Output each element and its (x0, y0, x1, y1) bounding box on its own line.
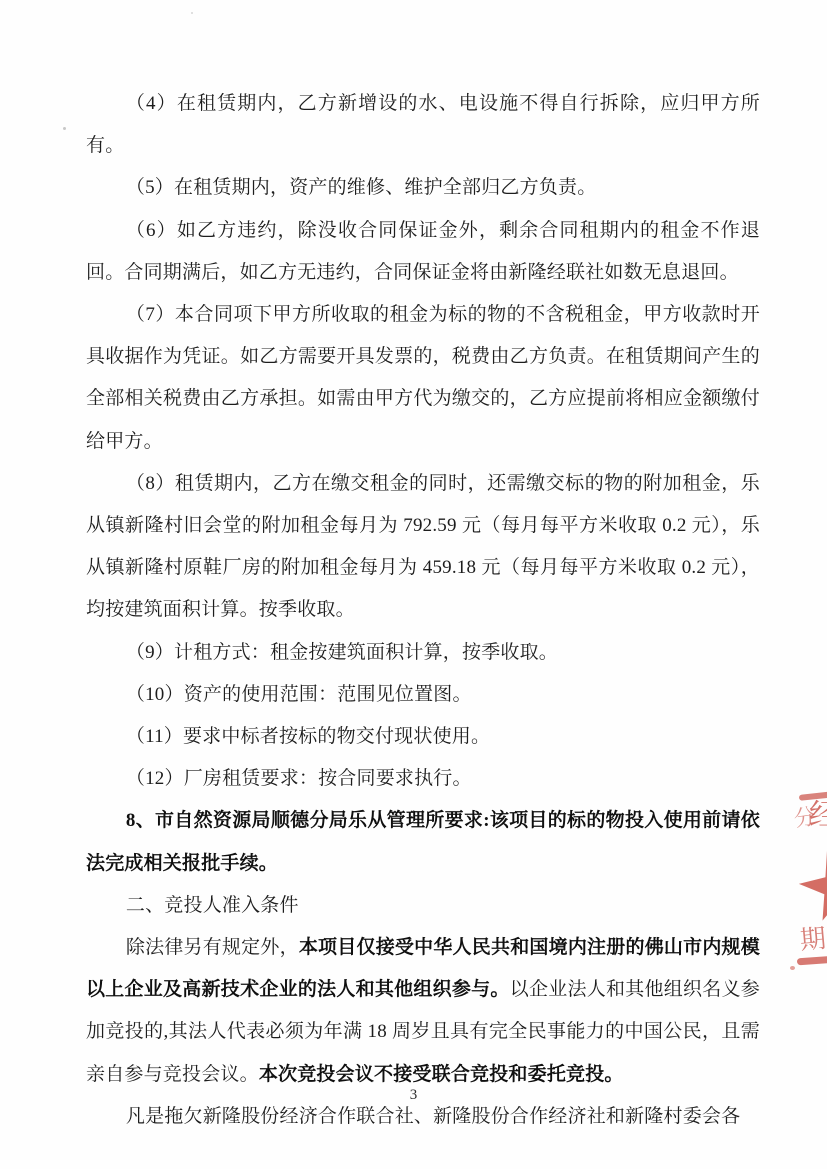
clause-5: （5）在租赁期内，资产的维修、维护全部归乙方负责。 (86, 167, 760, 209)
red-stamp-fragment: 分 经 期 (785, 788, 827, 983)
stamp-character-top: 经 (809, 801, 827, 831)
scan-speck (63, 127, 66, 130)
clause-6: （6）如乙方违约，除没收合同保证金外，剩余合同租期内的租金不作退回。合同期满后，… (86, 210, 760, 294)
entry-conditions-intro: 除法律另有规定外， (126, 937, 299, 958)
clause-11: （11）要求中标者按标的物交付现状使用。 (86, 716, 760, 758)
scan-speck (191, 12, 193, 14)
stamp-character-small: 分 (793, 806, 818, 831)
clause-7: （7）本合同项下甲方所收取的租金为标的物的不含税租金，甲方收款时开具收据作为凭证… (86, 294, 760, 463)
clause-8: （8）租赁期内，乙方在缴交租金的同时，还需缴交标的物的附加租金，乐从镇新隆村旧会… (86, 463, 760, 632)
star-icon (791, 841, 827, 931)
stamp-border-top (799, 791, 827, 801)
document-page: （4）在租赁期内，乙方新增设的水、电设施不得自行拆除，应归甲方所有。 （5）在租… (0, 0, 827, 1169)
stamp-border-bottom (797, 956, 827, 966)
section-2-heading: 二、竞投人准入条件 (86, 885, 760, 927)
clause-12: （12）厂房租赁要求：按合同要求执行。 (86, 758, 760, 800)
page-number: 3 (0, 1087, 827, 1104)
stamp-ink-fleck (790, 966, 795, 970)
stamp-character-bottom: 期 (799, 926, 827, 954)
entry-conditions-paragraph: 除法律另有规定外，本项目仅接受中华人民共和国境内注册的佛山市内规模以上企业及高新… (86, 927, 760, 1096)
clause-4: （4）在租赁期内，乙方新增设的水、电设施不得自行拆除，应归甲方所有。 (86, 83, 760, 167)
clause-10: （10）资产的使用范围：范围见位置图。 (86, 674, 760, 716)
entry-conditions-bold-no-joint-bid: 本次竞投会议不接受联合竞投和委托竞投。 (259, 1064, 624, 1085)
document-body: （4）在租赁期内，乙方新增设的水、电设施不得自行拆除，应归甲方所有。 （5）在租… (86, 83, 760, 1138)
clause-9: （9）计租方式：租金按建筑面积计算，按季收取。 (86, 632, 760, 674)
item-8-requirement: 8、市自然资源局顺德分局乐从管理所要求:该项目的标的物投入使用前请依法完成相关报… (86, 800, 760, 884)
